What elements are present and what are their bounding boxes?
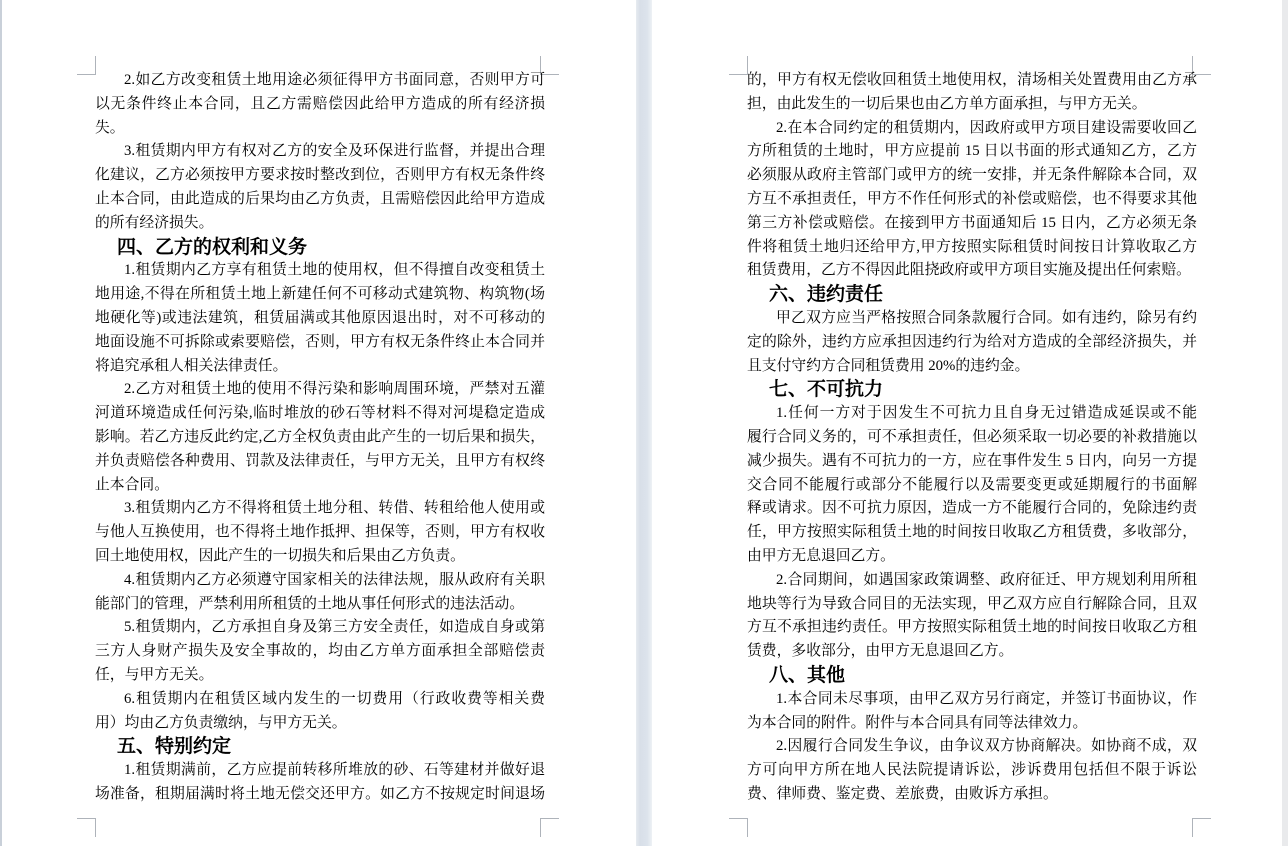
text-line: 租赁费用，乙方不得因此阻挠政府或甲方项目实施及提出任何索赔。 xyxy=(747,259,1197,283)
text-line: 第三方补偿或赔偿。在接到甲方书面通知后 15 日内，乙方必须无条 xyxy=(747,212,1197,236)
section-heading: 七、不可抗力 xyxy=(747,378,1197,402)
text-line: 2.因履行合同发生争议，由争议双方协商解决。如协商不成，双 xyxy=(747,735,1197,759)
text-line: 履行合同义务的，可不承担责任，但必须采取一切必要的补救措施以 xyxy=(747,426,1197,450)
margin-corner-mark xyxy=(77,818,96,837)
text-line: 的，甲方有权无偿收回租赁土地使用权，清场相关处置费用由乙方承 xyxy=(747,69,1197,93)
text-line: 2.如乙方改变租赁土地用途必须征得甲方书面同意，否则甲方可 xyxy=(95,69,545,93)
text-line: 减少损失。遇有不可抗力的一方，应在事件发生 5 日内，向另一方提 xyxy=(747,450,1197,474)
text-line: 任，与甲方无关。 xyxy=(95,664,545,688)
text-line: 的所有经济损失。 xyxy=(95,212,545,236)
text-line: 止本合同，由此造成的后果均由乙方负责，且需赔偿因此给甲方造成 xyxy=(95,188,545,212)
text-line: 河道环境造成任何污染,临时堆放的砂石等材料不得对河堤稳定造成 xyxy=(95,402,545,426)
text-line: 地面设施不可拆除或索要赔偿，否则，甲方有权无条件终止本合同并 xyxy=(95,331,545,355)
text-line: 1.本合同未尽事项，由甲乙双方另行商定，并签订书面协议，作 xyxy=(747,688,1197,712)
margin-corner-mark xyxy=(1192,818,1211,837)
text-line: 回土地使用权，因此产生的一切损失和后果由乙方负责。 xyxy=(95,545,545,569)
text-line: 能部门的管理，严禁利用所租赁的土地从事任何形式的违法活动。 xyxy=(95,593,545,617)
text-line: 6.租赁期内在租赁区域内发生的一切费用（行政收费等相关费 xyxy=(95,688,545,712)
text-line: 4.租赁期内乙方必须遵守国家相关的法律法规，服从政府有关职 xyxy=(95,569,545,593)
text-line: 件将租赁土地归还给甲方,甲方按照实际租赁时间按日计算收取乙方 xyxy=(747,236,1197,260)
text-line: 并负责赔偿各种费用、罚款及法律责任，与甲方无关，且甲方有权终 xyxy=(95,450,545,474)
text-line: 3.租赁期内乙方不得将租赁土地分租、转借、转租给他人使用或 xyxy=(95,497,545,521)
text-line: 失。 xyxy=(95,117,545,141)
text-line: 将追究承租人相关法律责任。 xyxy=(95,355,545,379)
text-line: 担，由此发生的一切后果也由乙方单方面承担，与甲方无关。 xyxy=(747,93,1197,117)
text-line: 甲乙双方应当严格按照合同条款履行合同。如有违约，除另有约 xyxy=(747,307,1197,331)
text-line: 3.租赁期内甲方有权对乙方的安全及环保进行监督，并提出合理 xyxy=(95,140,545,164)
text-line: 赁费，多收部分，由甲方无息退回乙方。 xyxy=(747,640,1197,664)
section-heading: 四、乙方的权利和义务 xyxy=(95,236,545,260)
section-heading: 五、特别约定 xyxy=(95,735,545,759)
text-line: 任，甲方按照实际租赁土地的时间按日收取乙方租赁费，多收部分， xyxy=(747,521,1197,545)
text-line: 且支付守约方合同租赁费用 20%的违约金。 xyxy=(747,355,1197,379)
margin-corner-mark xyxy=(729,56,748,75)
text-line: 定的除外，违约方应承担因违约行为给对方造成的全部经济损失，并 xyxy=(747,331,1197,355)
margin-corner-mark xyxy=(729,818,748,837)
text-line: 止本合同。 xyxy=(95,474,545,498)
text-line: 方互不承担违约责任。甲方按照实际租赁土地的时间按日收取乙方租 xyxy=(747,616,1197,640)
text-line: 方互不承担责任，甲方不作任何形式的补偿或赔偿，也不得要求其他 xyxy=(747,188,1197,212)
text-line: 地用途,不得在所租赁土地上新建任何不可移动式建筑物、构筑物(场 xyxy=(95,283,545,307)
text-line: 与他人互换使用，也不得将土地作抵押、担保等，否则，甲方有权收 xyxy=(95,521,545,545)
text-line: 地块等行为导致合同目的无法实现，甲乙双方应自行解除合同，且双 xyxy=(747,593,1197,617)
text-line: 影响。若乙方违反此约定,乙方全权负责由此产生的一切后果和损失， xyxy=(95,426,545,450)
section-heading: 八、其他 xyxy=(747,664,1197,688)
page-2-text: 的，甲方有权无偿收回租赁土地使用权，清场相关处置费用由乙方承担，由此发生的一切后… xyxy=(747,69,1197,807)
text-line: 为本合同的附件。附件与本合同具有同等法律效力。 xyxy=(747,712,1197,736)
page-1-text: 2.如乙方改变租赁土地用途必须征得甲方书面同意，否则甲方可以无条件终止本合同，且… xyxy=(95,69,545,807)
text-line: 方所租赁的土地时，甲方应提前 15 日以书面的形式通知乙方，乙方 xyxy=(747,140,1197,164)
margin-corner-mark xyxy=(540,818,559,837)
text-line: 5.租赁期内，乙方承担自身及第三方安全责任，如造成自身或第 xyxy=(95,616,545,640)
section-heading: 六、违约责任 xyxy=(747,283,1197,307)
text-line: 化建议，乙方必须按甲方要求按时整改到位，否则甲方有权无条件终 xyxy=(95,164,545,188)
text-line: 2.在本合同约定的租赁期内，因政府或甲方项目建设需要收回乙 xyxy=(747,117,1197,141)
text-line: 地硬化等)或违法建筑，租赁届满或其他原因退出时，对不可移动的 xyxy=(95,307,545,331)
text-line: 费、律师费、鉴定费、差旅费，由败诉方承担。 xyxy=(747,783,1197,807)
margin-corner-mark xyxy=(77,56,96,75)
text-line: 1.租赁期满前，乙方应提前转移所堆放的砂、石等建材并做好退 xyxy=(95,759,545,783)
text-line: 场准备，租期届满时将土地无偿交还甲方。如乙方不按规定时间退场 xyxy=(95,783,545,807)
text-line: 方可向甲方所在地人民法院提请诉讼，涉诉费用包括但不限于诉讼 xyxy=(747,759,1197,783)
text-line: 用）均由乙方负责缴纳，与甲方无关。 xyxy=(95,712,545,736)
scrollbar-track[interactable] xyxy=(1282,0,1288,846)
page-gap xyxy=(636,0,652,846)
text-line: 必须服从政府主管部门或甲方的统一安排，并无条件解除本合同，双 xyxy=(747,164,1197,188)
text-line: 交合同不能履行或部分不能履行以及需要变更或延期履行的书面解 xyxy=(747,474,1197,498)
text-line: 1.任何一方对于因发生不可抗力且自身无过错造成延误或不能 xyxy=(747,402,1197,426)
text-line: 1.租赁期内乙方享有租赁土地的使用权，但不得擅自改变租赁土 xyxy=(95,259,545,283)
text-line: 以无条件终止本合同，且乙方需赔偿因此给甲方造成的所有经济损 xyxy=(95,93,545,117)
document-canvas: 2.如乙方改变租赁土地用途必须征得甲方书面同意，否则甲方可以无条件终止本合同，且… xyxy=(0,0,1288,846)
window-left-edge xyxy=(0,0,2,846)
text-line: 2.合同期间，如遇国家政策调整、政府征迁、甲方规划利用所租 xyxy=(747,569,1197,593)
text-line: 由甲方无息退回乙方。 xyxy=(747,545,1197,569)
text-line: 2.乙方对租赁土地的使用不得污染和影响周围环境，严禁对五灌 xyxy=(95,378,545,402)
text-line: 释或请求。因不可抗力原因，造成一方不能履行合同的，免除违约责 xyxy=(747,497,1197,521)
text-line: 三方人身财产损失及安全事故的，均由乙方单方面承担全部赔偿责 xyxy=(95,640,545,664)
